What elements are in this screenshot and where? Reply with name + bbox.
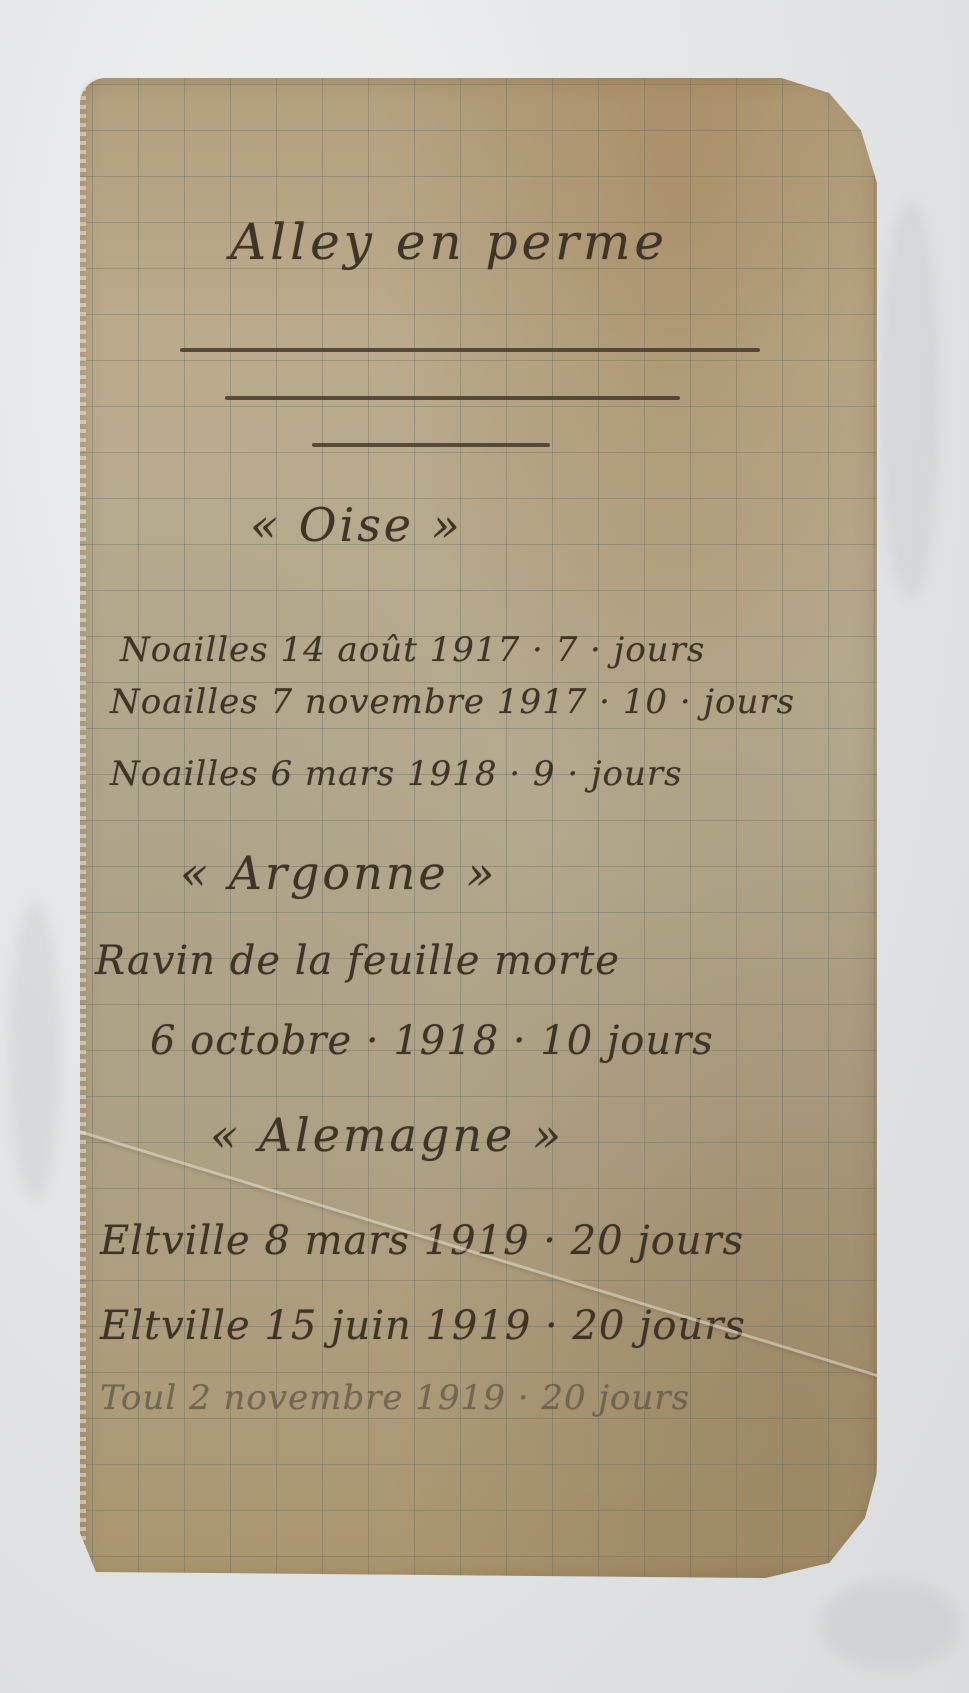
marble-vein [880,200,940,600]
marble-vein [820,1580,960,1670]
title-underline-3 [312,443,550,447]
entry-argonne-place: Ravin de la feuille morte [95,938,620,984]
entry-oise-1: Noailles 14 août 1917 · 7 · jours [120,630,705,670]
entry-argonne-date: 6 octobre · 1918 · 10 jours [150,1018,714,1064]
perforated-edge [80,78,86,1578]
entry-oise-3: Noailles 6 mars 1918 · 9 · jours [110,754,683,794]
section-heading-alemagne: « Alemagne » [210,1108,564,1162]
entry-oise-2: Noailles 7 novembre 1917 · 10 · jours [110,682,795,722]
entry-alemagne-1: Eltville 8 mars 1919 · 20 jours [100,1218,744,1264]
grid-paper-sheet: Alley en perme « Oise » Noailles 14 août… [80,78,877,1578]
title-underline-1 [180,348,760,352]
section-heading-argonne: « Argonne » [180,846,497,900]
marble-vein [10,900,60,1200]
entry-alemagne-2: Eltville 15 juin 1919 · 20 jours [100,1303,746,1349]
entry-alemagne-3: Toul 2 novembre 1919 · 20 jours [100,1378,690,1418]
document-title: Alley en perme [230,213,668,271]
title-underline-2 [225,396,680,400]
section-heading-oise: « Oise » [250,498,463,552]
